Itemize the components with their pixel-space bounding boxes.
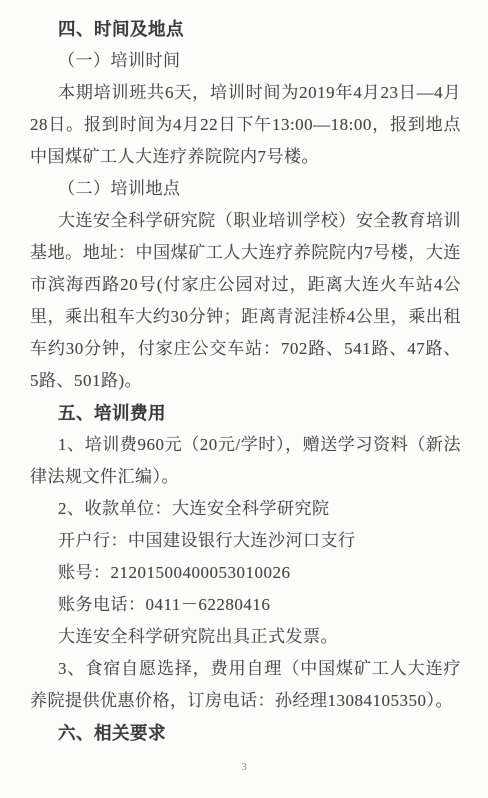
para-training-schedule: 本期培训班共6天，培训时间为2019年4月23日—4月28日。报到时间为4月22… (30, 77, 461, 173)
para-accommodation-note: 3、食宿自愿选择，费用自理（中国煤矿工人大连疗养院提供优惠价格，订房电话：孙经理… (30, 653, 461, 717)
para-invoice-note: 大连安全科学研究院出具正式发票。 (30, 621, 461, 653)
document-body: 四、时间及地点 （一）培训时间 本期培训班共6天，培训时间为2019年4月23日… (30, 13, 461, 749)
page-number: 3 (0, 761, 488, 773)
para-subheading-training-location: （二）培训地点 (30, 173, 461, 205)
para-fee-amount: 1、培训费960元（20元/学时），赠送学习资料（新法律法规文件汇编）。 (30, 429, 461, 493)
heading-section-5-training-fees: 五、培训费用 (30, 397, 461, 429)
heading-section-4-time-and-place: 四、时间及地点 (30, 13, 461, 45)
para-finance-phone: 账务电话：0411－62280416 (30, 589, 461, 621)
para-payee-unit: 2、收款单位：大连安全科学研究院 (30, 493, 461, 525)
para-account-number: 账号：21201500400053010026 (30, 557, 461, 589)
heading-section-6-related-requirements: 六、相关要求 (30, 717, 461, 749)
para-bank-name: 开户行：中国建设银行大连沙河口支行 (30, 525, 461, 557)
para-training-location-details: 大连安全科学研究院（职业培训学校）安全教育培训基地。地址：中国煤矿工人大连疗养院… (30, 205, 461, 397)
para-subheading-training-time: （一）培训时间 (30, 45, 461, 77)
document-page: 四、时间及地点 （一）培训时间 本期培训班共6天，培训时间为2019年4月23日… (0, 0, 488, 798)
